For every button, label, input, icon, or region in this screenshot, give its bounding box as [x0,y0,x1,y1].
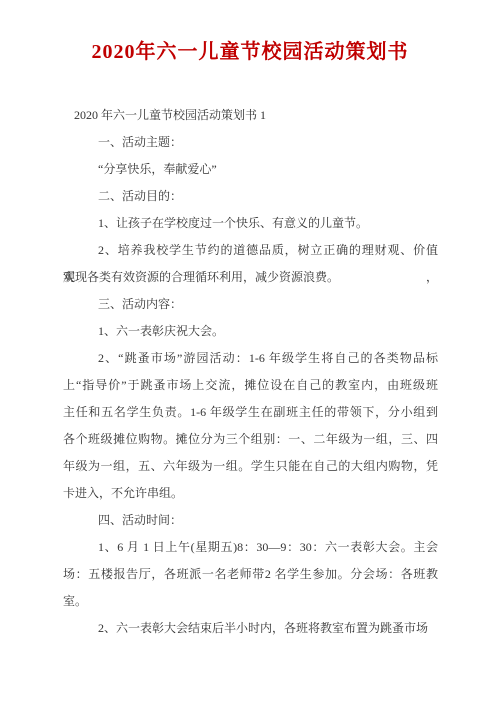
document-page: 2020年六一儿童节校园活动策划书 2020 年六一儿童节校园活动策划书 1 一… [0,0,500,707]
body-line: 室。 [63,588,438,615]
document-title: 2020年六一儿童节校园活动策划书 [0,0,500,66]
body-line: 上“指导价”于跳蚤市场上交流，摊位设在自己的教室内，由班级班 [63,372,438,399]
body-line: 1、6 月 1 日上午(星期五)8：30—9：30：六一表彰大会。主会 [63,534,438,561]
body-line: 各个班级摊位购物。摊位分为三个组别：一、二年级为一组，三、四 [63,426,438,453]
body-line: 2、六一表彰大会结束后半小时内，各班将教室布置为跳蚤市场 [63,615,438,642]
body-line: 场：五楼报告厅，各班派一名老师带2 名学生参加。分会场：各班教 [63,561,438,588]
section-heading: 三、活动内容： [63,291,438,318]
body-line: “分享快乐，奉献爱心” [63,156,438,183]
body-line: 2、培养我校学生节约的道德品质，树立正确的理财观、价值观， [63,237,438,264]
body-line: 1、六一表彰庆祝大会。 [63,318,438,345]
body-line: 2020 年六一儿童节校园活动策划书 1 [63,102,438,129]
section-heading: 四、活动时间： [63,507,438,534]
body-line: 2、“跳蚤市场”游园活动：1-6 年级学生将自己的各类物品标 [63,345,438,372]
section-heading: 一、活动主题： [63,129,438,156]
document-body: 2020 年六一儿童节校园活动策划书 1 一、活动主题： “分享快乐，奉献爱心”… [63,102,438,642]
body-line: 1、让孩子在学校度过一个快乐、有意义的儿童节。 [63,210,438,237]
body-line: 年级为一组，五、六年级为一组。学生只能在自己的大组内购物，凭 [63,453,438,480]
section-heading: 二、活动目的： [63,183,438,210]
body-line: 主任和五名学生负责。1-6 年级学生在副班主任的带领下，分小组到 [63,399,438,426]
body-line: 卡进入，不允许串组。 [63,480,438,507]
